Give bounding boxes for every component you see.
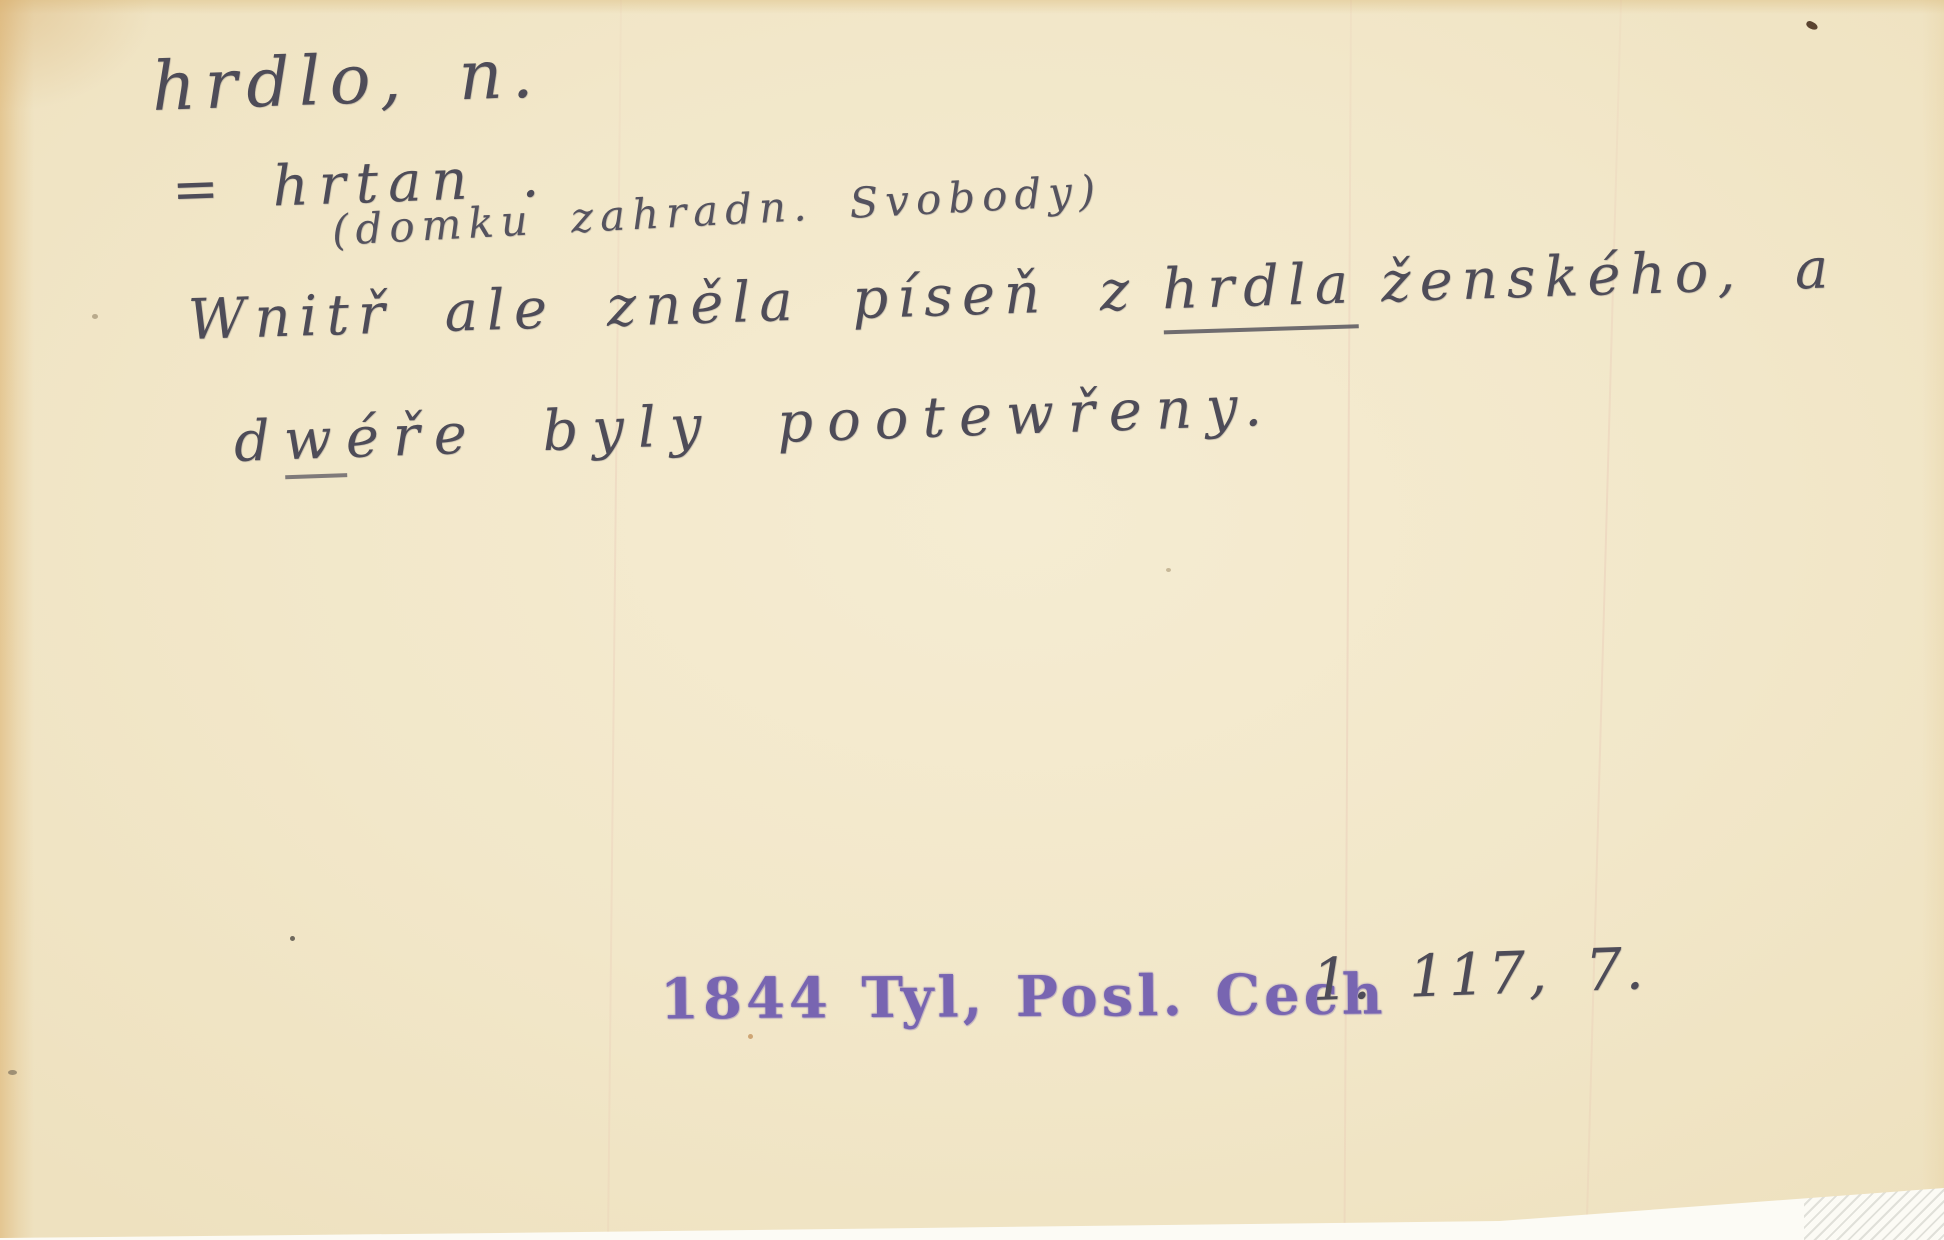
paper-crease-line [607, 0, 622, 1240]
paper-speck [8, 1070, 17, 1075]
quote-line-1-pre: Wnitř ale zněla píseň z [187, 258, 1139, 353]
quote-underlined-word: hrdla [1161, 251, 1358, 334]
paper-speck [1166, 568, 1171, 572]
quote-line-2-post: éře byly pootewřeny. [345, 374, 1277, 471]
quote-line-1: Wnitř ale zněla píseň zhrdlaženského, a [187, 236, 1838, 353]
quote-line-2-underlined-letter: w [283, 406, 347, 479]
quote-line-2: dwéře byly pootewřeny. [233, 374, 1277, 475]
paper-speck [1805, 20, 1819, 31]
paper-speck [748, 1034, 753, 1039]
paper-crease-line [1585, 0, 1622, 1240]
source-stamp: 1844 Tyl, Posl. Cech [660, 961, 1387, 1032]
paper-crease-line [1344, 0, 1352, 1240]
paper-speck [92, 314, 98, 319]
paper-speck [290, 936, 295, 941]
page-reference: 1. 117, 7. [1311, 934, 1648, 1014]
quote-line-1-post: ženského, a [1380, 236, 1838, 315]
quote-line-2-pre: d [233, 408, 285, 475]
headword-line: hrdlo, n. [151, 34, 544, 127]
scanned-card-page: hrdlo, n. = hrtan . (domku zahradn. Svob… [0, 0, 1944, 1240]
index-card: hrdlo, n. = hrtan . (domku zahradn. Svob… [0, 0, 1944, 1240]
